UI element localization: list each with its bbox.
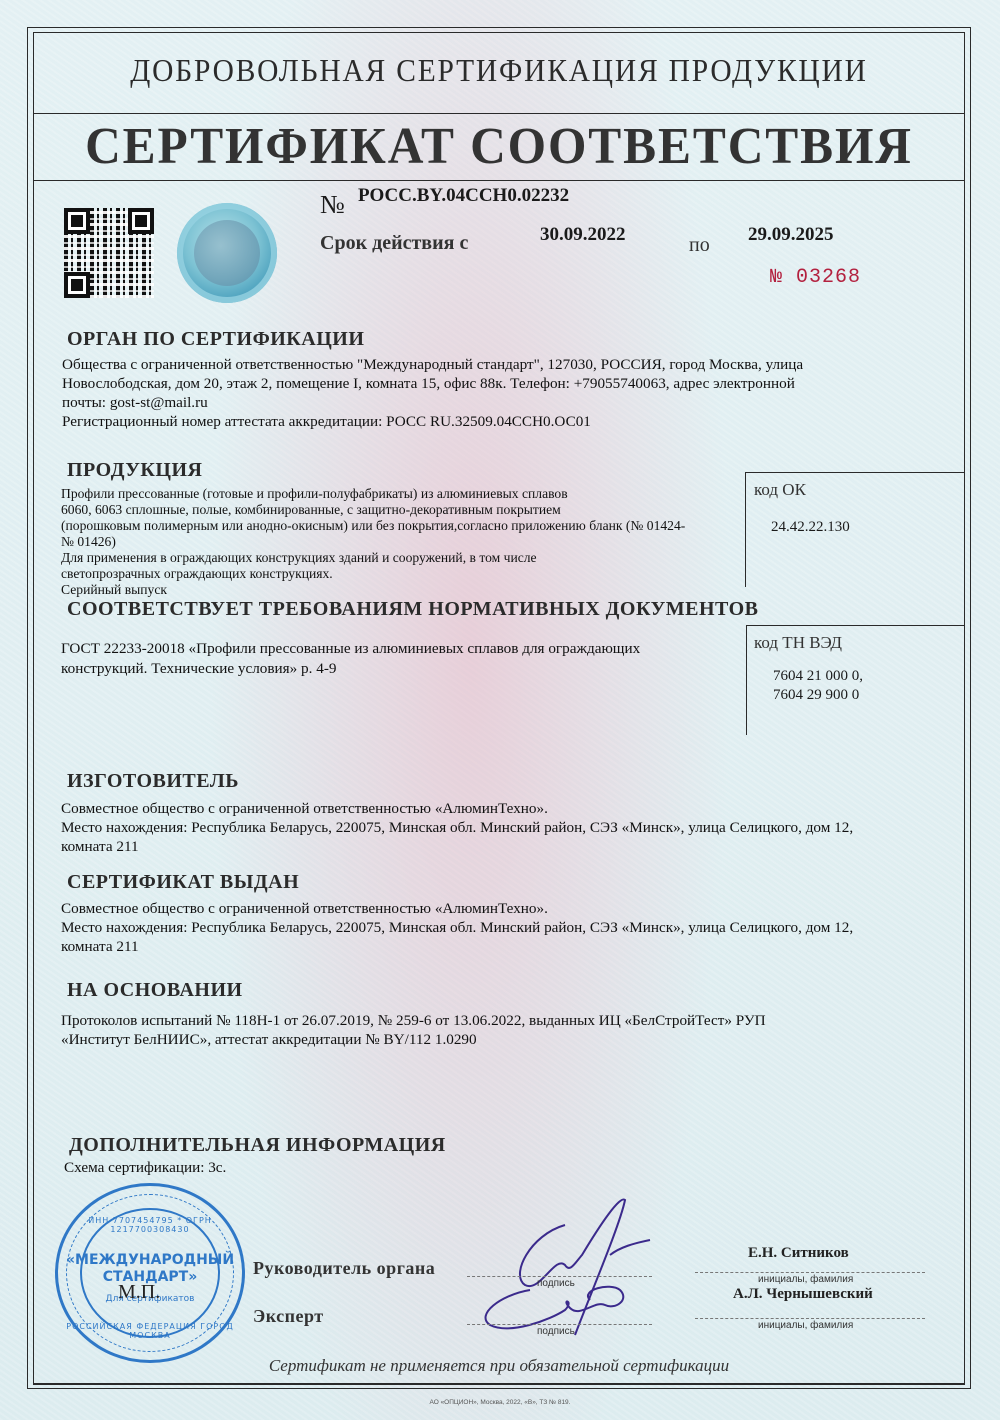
certification-scheme: Схема сертификации: 3с.: [64, 1158, 226, 1177]
stamp-bottom-text: РОССИЙСКАЯ ФЕДЕРАЦИЯ ГОРОД МОСКВА: [58, 1322, 242, 1340]
valid-to-label: по: [689, 234, 710, 257]
issued-to-line: комната 211: [61, 937, 139, 956]
valid-to-date: 29.09.2025: [748, 224, 834, 246]
seal-place-label: М.П.: [118, 1281, 160, 1304]
manufacturer-line: Место нахождения: Республика Беларусь, 2…: [61, 818, 853, 837]
section-heading-basis: НА ОСНОВАНИИ: [67, 979, 243, 1002]
head-signature-line: [467, 1276, 652, 1277]
title-divider: [33, 180, 965, 181]
section-heading-manufacturer: ИЗГОТОВИТЕЛЬ: [67, 770, 239, 793]
qr-code-icon: [64, 208, 154, 298]
certification-body-line: почты: gost-st@mail.ru: [62, 393, 208, 412]
globe-icon: [194, 220, 260, 286]
norms-line: ГОСТ 22233-20018 «Профили прессованные и…: [61, 639, 640, 658]
expert-signature-caption: подпись: [537, 1326, 575, 1337]
issued-to-line: Совместное общество с ограниченной ответ…: [61, 899, 548, 918]
product-line: светопрозрачных ограждающих конструкциях…: [61, 566, 333, 582]
signature-expert-icon: [470, 1270, 690, 1340]
norms-line: конструкций. Технические условия» р. 4-9: [61, 659, 336, 678]
valid-from-date: 30.09.2022: [540, 224, 626, 246]
product-line: (порошковым полимерным или анодно-окисны…: [61, 518, 685, 534]
bottom-divider: [33, 1383, 965, 1385]
certification-body-line: Новослободская, дом 20, этаж 2, помещени…: [62, 374, 795, 393]
section-heading-certification-body: ОРГАН ПО СЕРТИФИКАЦИИ: [67, 328, 364, 351]
basis-line: Протоколов испытаний № 118Н-1 от 26.07.2…: [61, 1011, 766, 1030]
certification-body-line: Общества с ограниченной ответственностью…: [62, 355, 803, 374]
section-heading-norms: СООТВЕТСТВУЕТ ТРЕБОВАНИЯМ НОРМАТИВНЫХ ДО…: [67, 598, 759, 621]
header-divider: [33, 113, 965, 114]
head-name-line: [695, 1272, 925, 1273]
product-line: 6060, 6063 сплошные, полые, комбинирован…: [61, 502, 561, 518]
qr-finder-icon: [64, 272, 90, 298]
qr-finder-icon: [64, 208, 90, 234]
section-heading-issued-to: СЕРТИФИКАТ ВЫДАН: [67, 871, 299, 894]
print-info: АО «ОПЦИОН», Москва, 2022, «В», ТЗ № 819…: [0, 1399, 1000, 1406]
product-line: № 01426): [61, 534, 116, 550]
stamp-top-text: ИНН 7707454795 * ОГРН 1217700308430: [58, 1216, 242, 1234]
head-of-body-label: Руководитель органа: [253, 1258, 435, 1279]
certification-body-line: Регистрационный номер аттестата аккредит…: [62, 412, 591, 431]
product-line: Профили прессованные (готовые и профили-…: [61, 486, 568, 502]
expert-name-line: [695, 1318, 925, 1319]
manufacturer-line: Совместное общество с ограниченной ответ…: [61, 799, 548, 818]
official-stamp-icon: ИНН 7707454795 * ОГРН 1217700308430 «МЕЖ…: [55, 1183, 245, 1363]
code-tnved-value: 7604 21 000 0,: [773, 667, 863, 686]
code-tnved-label: код ТН ВЭД: [754, 633, 842, 653]
certificate-title: СЕРТИФИКАТ СООТВЕТСТВИЯ: [56, 117, 941, 176]
expert-signature-line: [467, 1324, 652, 1325]
section-heading-additional: ДОПОЛНИТЕЛЬНАЯ ИНФОРМАЦИЯ: [69, 1134, 446, 1157]
serial-number: № 03268: [770, 266, 861, 289]
certificate-number: РОСС.BY.04ССН0.02232: [358, 185, 569, 207]
product-line: Для применения в ограждающих конструкция…: [61, 550, 537, 566]
issued-to-line: Место нахождения: Республика Беларусь, 2…: [61, 918, 853, 937]
qr-finder-icon: [128, 208, 154, 234]
head-signature-caption: подпись: [537, 1278, 575, 1289]
footer-note: Сертификат не применяется при обязательн…: [33, 1356, 965, 1376]
supertitle: ДОБРОВОЛЬНАЯ СЕРТИФИКАЦИЯ ПРОДУКЦИИ: [70, 52, 927, 89]
head-name-caption: инициалы, фамилия: [758, 1274, 853, 1285]
head-name: Е.Н. Ситников: [748, 1245, 849, 1262]
validity-label: Срок действия с: [320, 232, 468, 255]
number-label: №: [320, 190, 345, 220]
manufacturer-line: комната 211: [61, 837, 139, 856]
hologram-globe-icon: [177, 203, 277, 303]
expert-name-caption: инициалы, фамилия: [758, 1320, 853, 1331]
expert-label: Эксперт: [253, 1306, 324, 1327]
code-tnved-value: 7604 29 900 0: [773, 686, 859, 705]
product-line: Серийный выпуск: [61, 582, 167, 598]
expert-name: А.Л. Чернышевский: [733, 1286, 873, 1303]
code-ok-value: 24.42.22.130: [771, 518, 850, 537]
code-ok-label: код ОК: [754, 480, 806, 500]
section-heading-product: ПРОДУКЦИЯ: [67, 459, 202, 482]
basis-line: «Институт БелНИИС», аттестат аккредитаци…: [61, 1030, 477, 1049]
